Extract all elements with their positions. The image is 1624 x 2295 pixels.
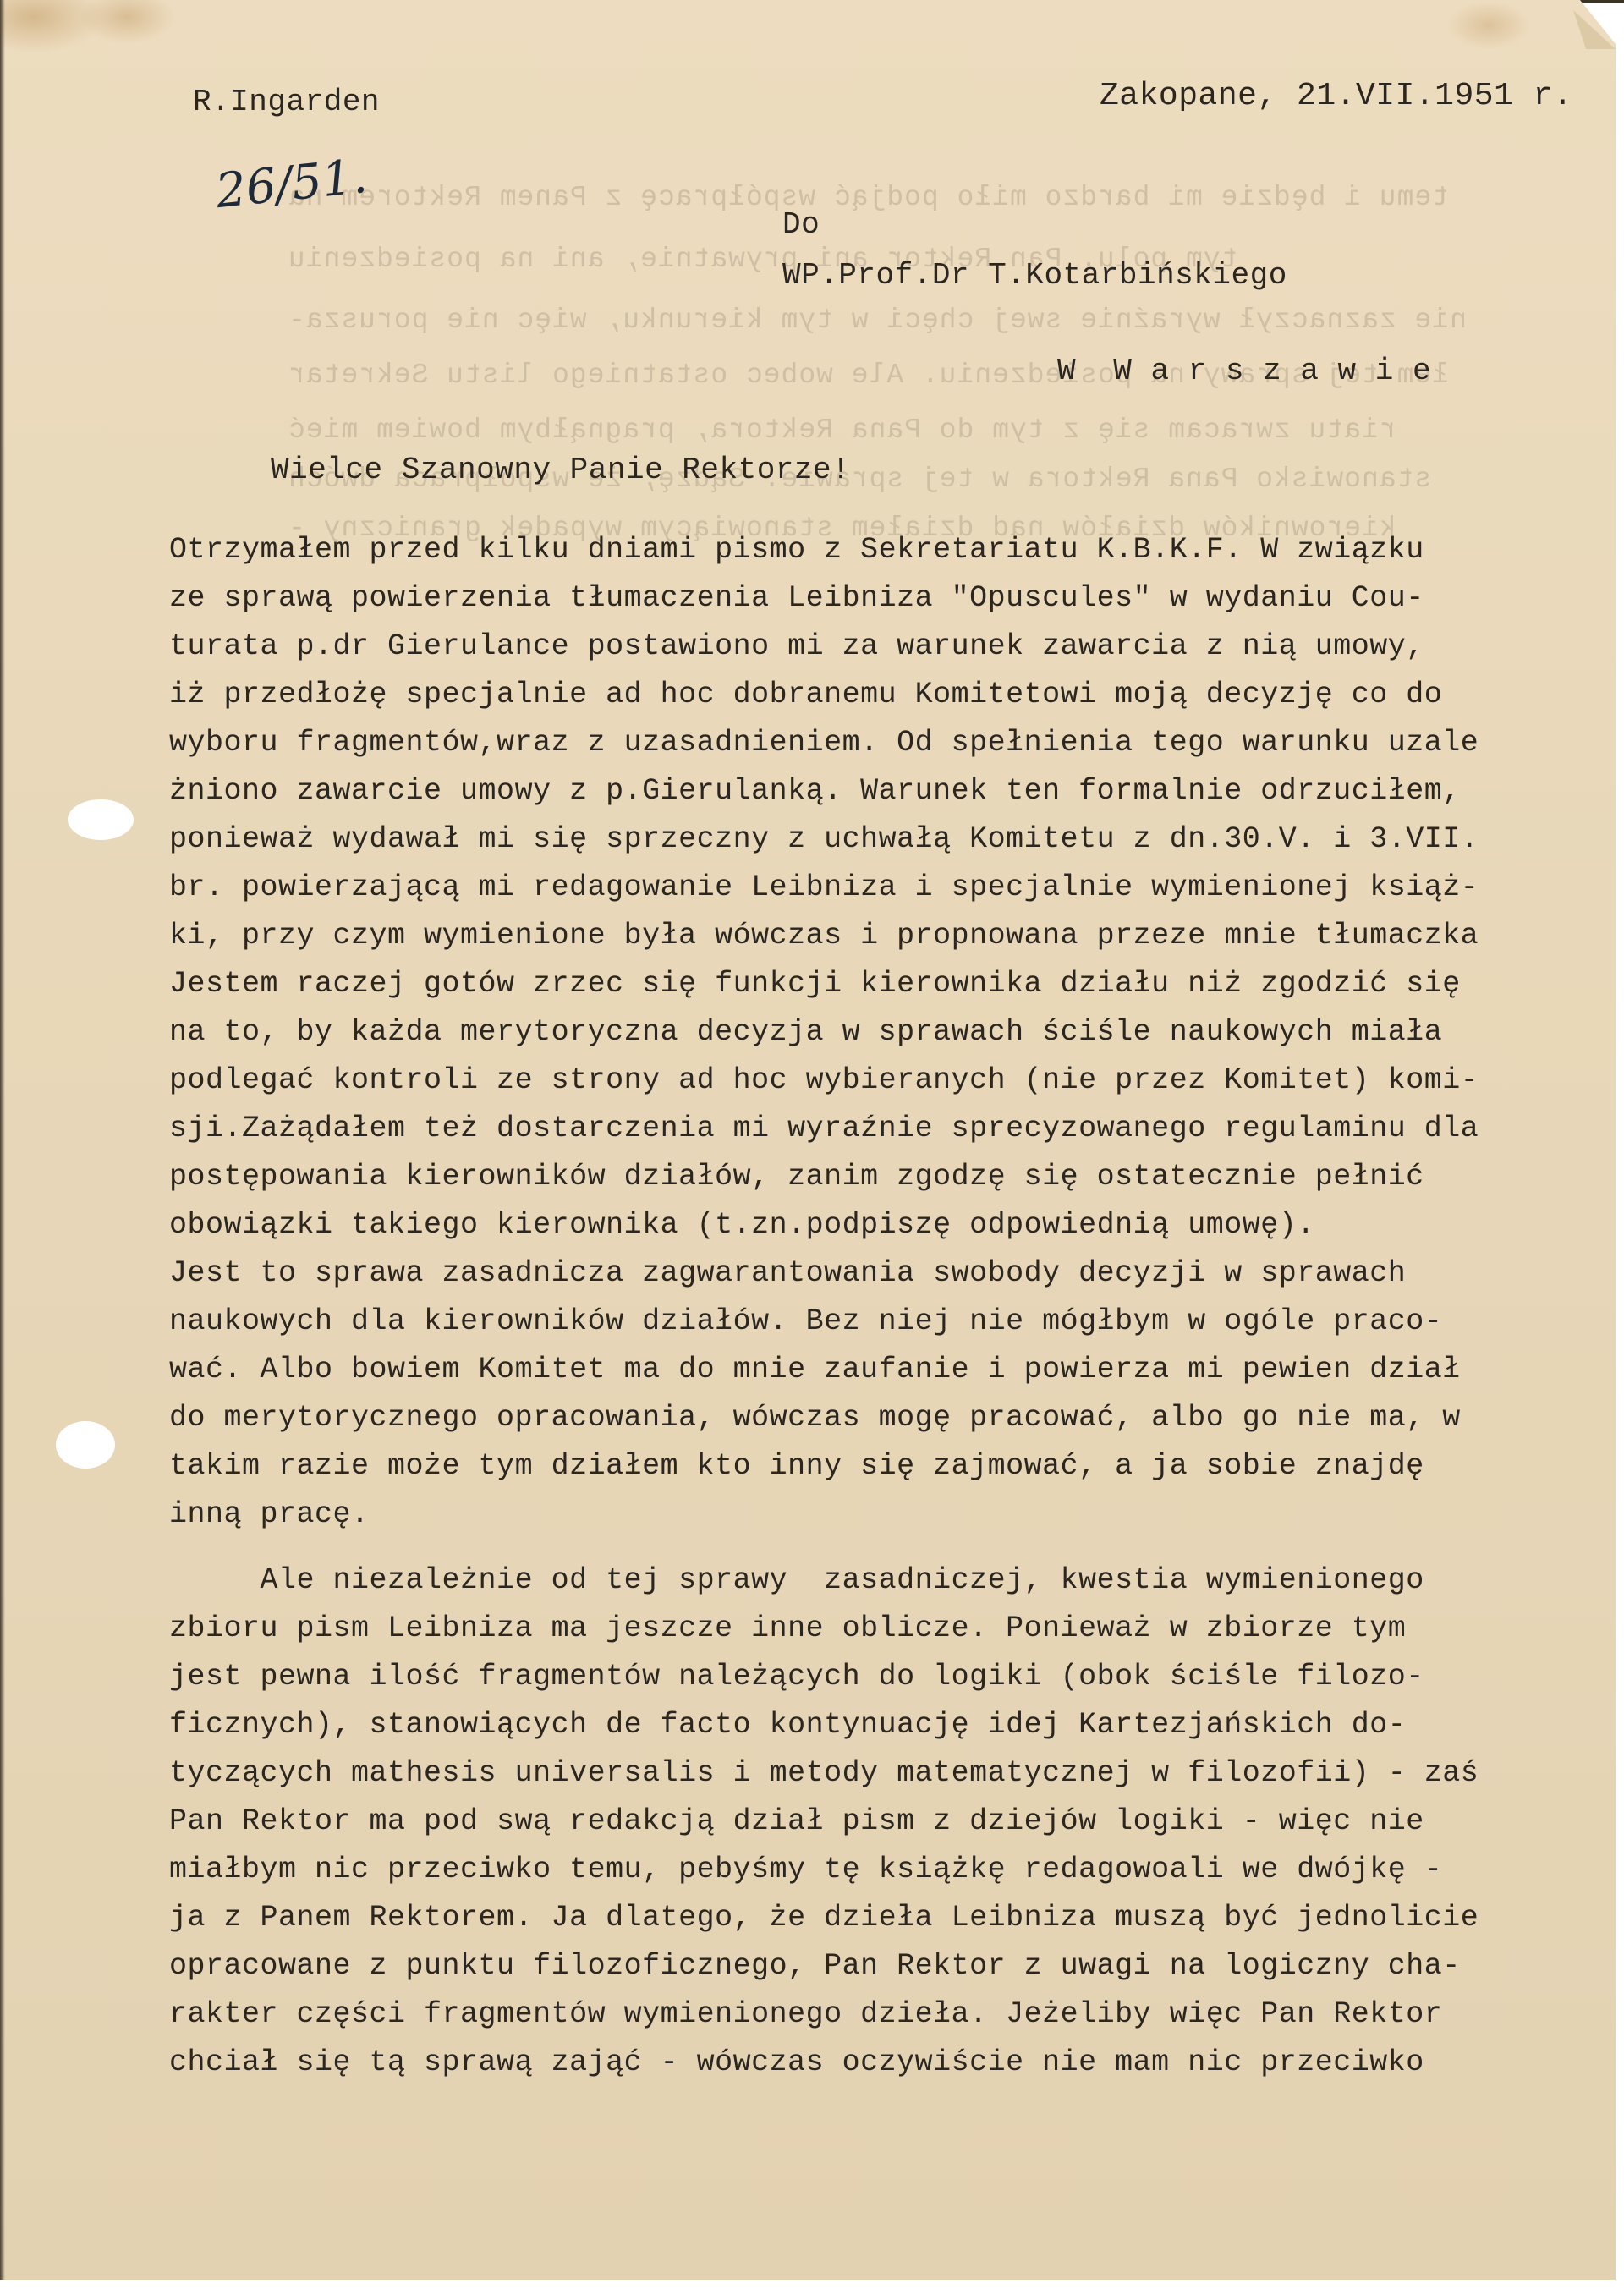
body-line: obowiązki takiego kierownika (t.zn.podpi…	[169, 1208, 1315, 1242]
sender-name: R.Ingarden	[193, 85, 380, 119]
body-line: Ale niezależnie od tej sprawy zasadnicze…	[169, 1563, 1424, 1597]
body-line: inną pracę.	[169, 1497, 370, 1531]
body-line: ponieważ wydawał mi się sprzeczny z uchw…	[169, 822, 1479, 856]
body-line: żniono zawarcie umowy z p.Gierulanką. Wa…	[169, 774, 1461, 808]
body-line: iż przedłożę specjalnie ad hoc dobranemu…	[169, 678, 1442, 711]
body-line: wać. Albo bowiem Komitet ma do mnie zauf…	[169, 1353, 1461, 1386]
body-line: Jestem raczej gotów zrzec się funkcji ki…	[169, 967, 1461, 1001]
body-line: wyboru fragmentów,wraz z uzasadnieniem. …	[169, 726, 1479, 760]
recipient-name: WP.Prof.Dr T.Kotarbińskiego	[782, 258, 1287, 293]
body-line: ficznych), stanowiących de facto kontynu…	[169, 1708, 1406, 1742]
scan-left-shadow	[0, 0, 5, 2280]
place-date: Zakopane, 21.VII.1951 r.	[1100, 78, 1572, 114]
body-line: Jest to sprawa zasadnicza zagwarantowani…	[169, 1256, 1406, 1290]
body-line: na to, by każda merytoryczna decyzja w s…	[169, 1015, 1442, 1049]
body-line: tyczących mathesis universalis i metody …	[169, 1756, 1479, 1790]
body-line: opracowane z punktu filozoficznego, Pan …	[169, 1949, 1461, 1983]
body-line: ze sprawą powierzenia tłumaczenia Leibni…	[169, 581, 1424, 615]
body-line: postępowania kierowników działów, zanim …	[169, 1160, 1424, 1194]
body-line: chciał się tą sprawą zająć - wówczas ocz…	[169, 2045, 1424, 2079]
body-line: Otrzymałem przed kilku dniami pismo z Se…	[169, 533, 1424, 567]
body-line: do merytorycznego opracowania, wówczas m…	[169, 1401, 1461, 1435]
recipient-location: W W a r s z a w i e	[1057, 354, 1431, 388]
punch-hole	[68, 799, 134, 840]
bleed-through-line: riatu zwracam się z tym do Pana Rektora,…	[288, 415, 1396, 446]
body-line: takim razie może tym działem kto inny si…	[169, 1449, 1424, 1483]
body-line: turata p.dr Gierulance postawiono mi za …	[169, 629, 1424, 663]
body-line: ja z Panem Rektorem. Ja dlatego, że dzie…	[169, 1901, 1479, 1935]
body-line: zbioru pism Leibniza ma jeszcze inne obl…	[169, 1611, 1406, 1645]
body-line: podlegać kontroli ze strony ad hoc wybie…	[169, 1063, 1479, 1097]
body-line: naukowych dla kierowników działów. Bez n…	[169, 1304, 1442, 1338]
salutation: Wielce Szanowny Panie Rektorze!	[271, 453, 850, 487]
body-line: br. powierzającą mi redagowanie Leibniza…	[169, 870, 1479, 904]
body-line: Pan Rektor ma pod swą redakcją dział pis…	[169, 1804, 1424, 1838]
body-line: sji.Zażądałem też dostarczenia mi wyraźn…	[169, 1112, 1479, 1145]
body-line: jest pewna ilość fragmentów należących d…	[169, 1660, 1424, 1694]
bleed-through-line: temu i będzie mi bardzo miło podjąć wspó…	[288, 182, 1449, 213]
punch-hole	[56, 1421, 115, 1469]
bleed-through-line: nie zaznaczył wyraźnie swej chęci w tym …	[288, 305, 1467, 336]
body-line: rakter części fragmentów wymienionego dz…	[169, 1997, 1442, 2031]
to-label: Do	[782, 207, 820, 242]
body-line: miałbym nic przeciwko temu, pebyśmy tę k…	[169, 1853, 1442, 1886]
body-line: ki, przy czym wymienione była wówczas i …	[169, 919, 1479, 953]
